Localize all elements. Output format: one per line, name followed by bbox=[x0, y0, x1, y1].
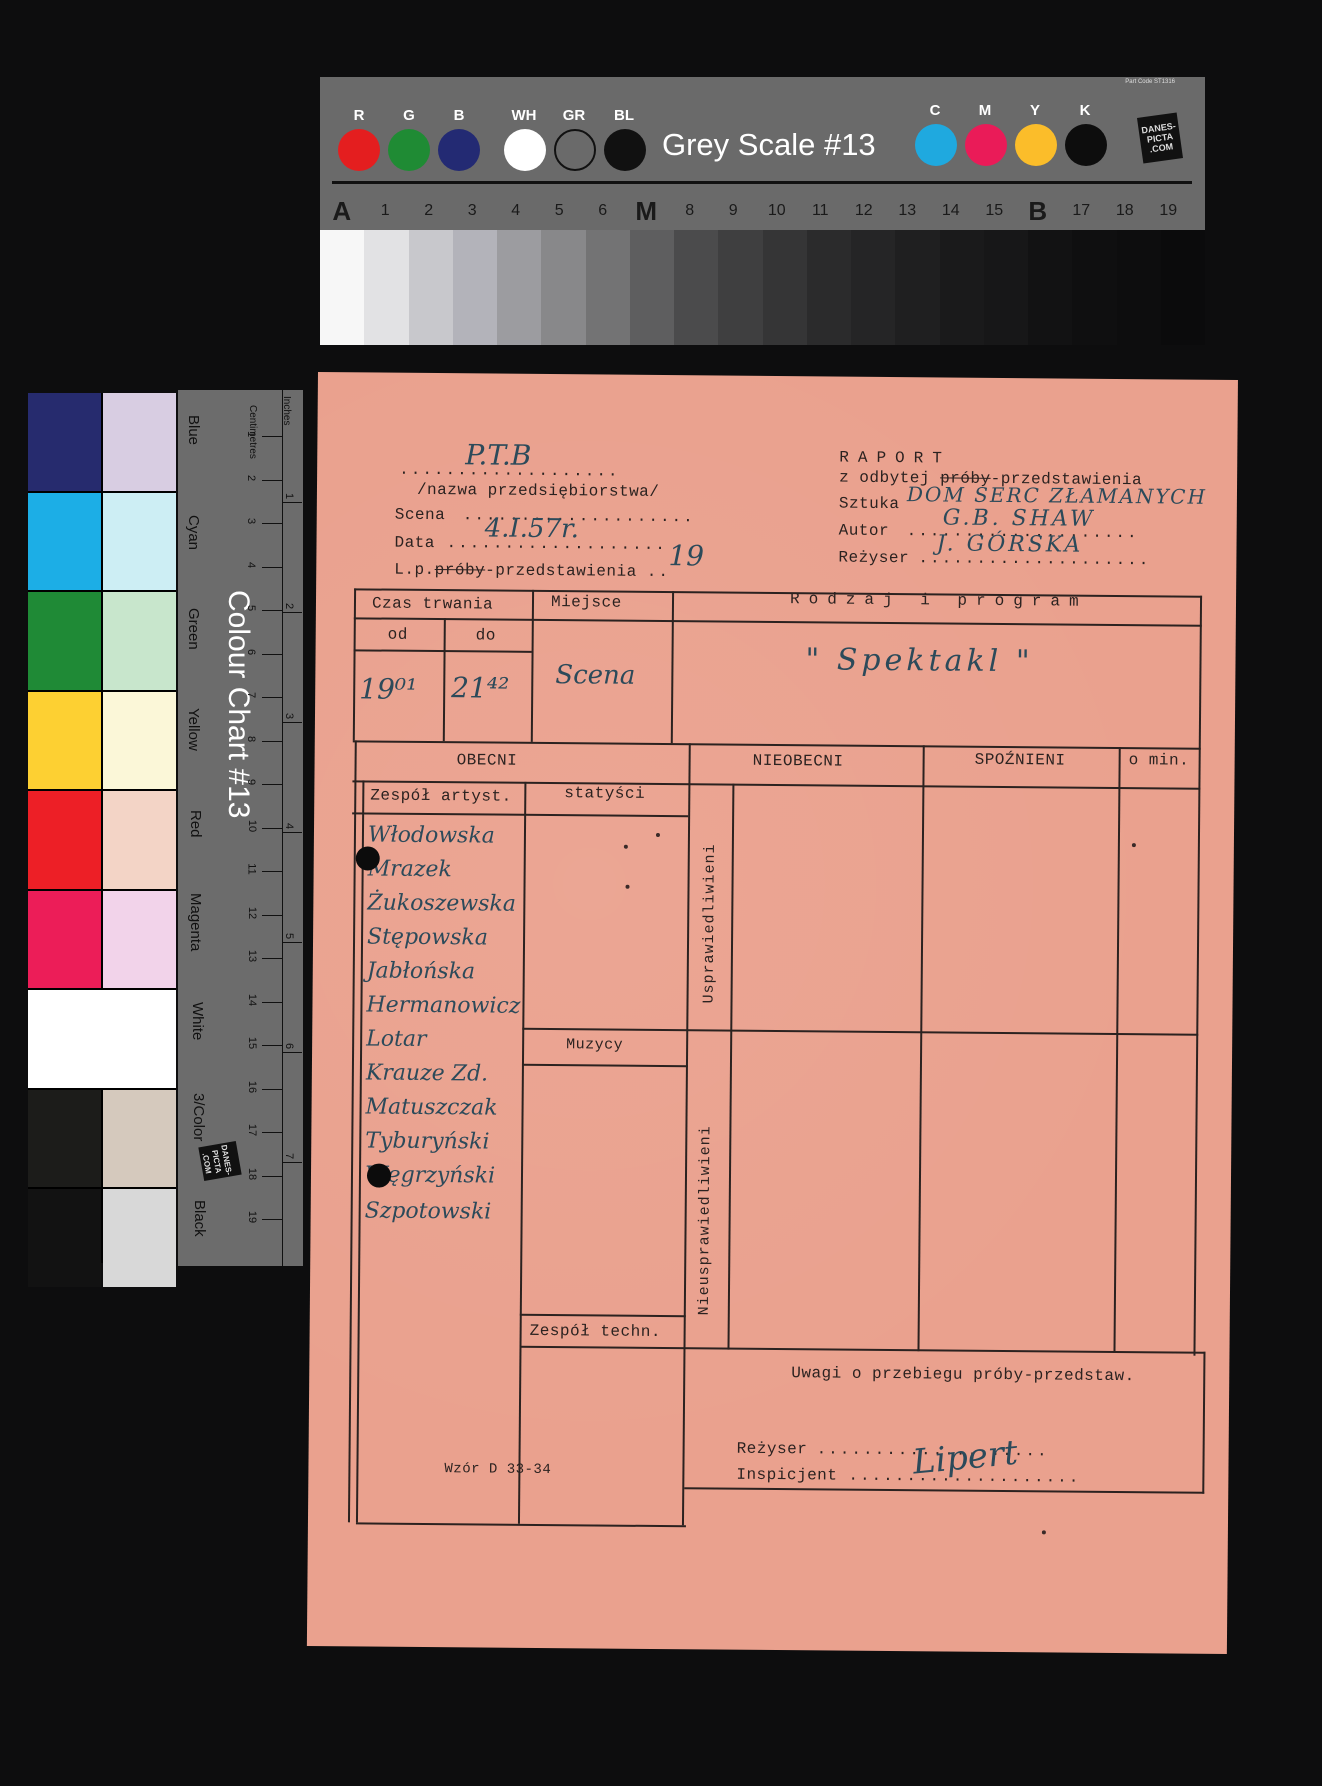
cm-tick bbox=[262, 523, 282, 524]
swatch-key-black bbox=[1065, 124, 1107, 166]
punch-hole bbox=[367, 1163, 391, 1187]
miejsce-value: Scena bbox=[555, 660, 635, 691]
cm-number: 19 bbox=[246, 1211, 258, 1223]
patch-label: Yellow bbox=[185, 708, 202, 751]
punch-hole bbox=[356, 846, 380, 870]
grey-step bbox=[940, 230, 984, 345]
footer-rezyser-label: Reżyser bbox=[737, 1440, 808, 1459]
colour-chart: Blue Cyan Green Yellow Red Magenta White… bbox=[28, 393, 303, 1263]
grey-step bbox=[364, 230, 408, 345]
grid-line bbox=[356, 780, 364, 1522]
lp-struck: próby bbox=[435, 561, 486, 579]
grid-line bbox=[353, 740, 1201, 749]
cm-tick bbox=[262, 1132, 282, 1133]
ink-speck bbox=[624, 845, 628, 849]
artist-name: Tyburyński bbox=[365, 1128, 489, 1154]
autor-label: Autor bbox=[839, 522, 890, 540]
company-caption: /nazwa przedsiębiorstwa/ bbox=[417, 481, 660, 501]
step-label: 2 bbox=[407, 202, 451, 220]
grey-step bbox=[497, 230, 541, 345]
grey-step bbox=[674, 230, 718, 345]
artist-name: Hermanowicz bbox=[366, 992, 520, 1018]
cm-number: 12 bbox=[246, 907, 258, 919]
inch-tick bbox=[282, 1162, 302, 1163]
patch-yellow-light bbox=[103, 692, 176, 790]
step-label: 11 bbox=[799, 202, 843, 220]
artist-name: Żukoszewska bbox=[367, 890, 516, 916]
cm-tick bbox=[262, 958, 282, 959]
grid-line bbox=[522, 1064, 688, 1067]
rodzaj-header: Rodzaj i program bbox=[790, 590, 1088, 611]
rodzaj-value: " Spektakl " bbox=[805, 642, 1033, 679]
patch-magenta-light bbox=[103, 891, 176, 989]
artist-name: Jabłońska bbox=[367, 958, 476, 984]
step-label: 3 bbox=[451, 202, 495, 220]
step-label: 14 bbox=[929, 202, 973, 220]
cm-number: 4 bbox=[245, 562, 257, 568]
czas-trwania-header: Czas trwania bbox=[372, 594, 493, 613]
cm-number: 14 bbox=[246, 994, 258, 1006]
cm-tick bbox=[262, 480, 282, 481]
patch-blue-light bbox=[103, 393, 176, 491]
grey-step bbox=[763, 230, 807, 345]
step-label: 9 bbox=[712, 202, 756, 220]
company-dots: ................... bbox=[399, 461, 620, 481]
cm-tick bbox=[262, 828, 282, 829]
swatch-label-m: M bbox=[965, 102, 1005, 119]
swatch-cyan bbox=[915, 124, 957, 166]
cm-tick bbox=[262, 654, 282, 655]
cm-number: 6 bbox=[245, 649, 257, 655]
patch-label: Red bbox=[187, 810, 204, 838]
artist-name: Mrazek bbox=[368, 856, 452, 882]
cm-number: 13 bbox=[246, 950, 258, 962]
chart-divider bbox=[332, 181, 1192, 184]
od-header: od bbox=[388, 626, 408, 644]
step-numbers: A 1 2 3 4 5 6 M 8 9 10 11 12 13 14 15 B … bbox=[320, 192, 1205, 230]
cm-number: 16 bbox=[246, 1081, 258, 1093]
patch-label: Black bbox=[191, 1200, 208, 1237]
artist-name: Matuszczak bbox=[365, 1094, 497, 1120]
rezyser-label: Reżyser bbox=[838, 549, 909, 568]
grey-step bbox=[1117, 230, 1161, 345]
inch-number: 6 bbox=[283, 1043, 295, 1049]
lp-value: 19 bbox=[668, 539, 704, 572]
usprawiedliwieni-label: Usprawiedliwieni bbox=[701, 843, 719, 1003]
inch-tick bbox=[282, 942, 302, 943]
grid-line bbox=[682, 743, 691, 1525]
patch-red-light bbox=[103, 791, 176, 889]
swatch-label-c: C bbox=[915, 102, 955, 119]
data-value: 4.I.57r. bbox=[485, 513, 580, 544]
do-value: 21⁴² bbox=[451, 671, 509, 705]
grey-step bbox=[320, 230, 364, 345]
lp-label: L.p.próby-przedstawienia .. bbox=[394, 561, 670, 581]
artist-name: Stępowska bbox=[367, 924, 488, 950]
patch-red-dark bbox=[28, 791, 101, 889]
cm-tick bbox=[262, 915, 282, 916]
grid-line bbox=[352, 812, 688, 817]
ruler: Blue Cyan Green Yellow Red Magenta White… bbox=[178, 390, 303, 1266]
rezyser-value: J. GÓRSKA bbox=[936, 531, 1083, 557]
swatch-white bbox=[504, 129, 546, 171]
inch-tick bbox=[282, 502, 302, 503]
step-label: B bbox=[1016, 196, 1060, 227]
grid-line bbox=[443, 618, 446, 741]
spoznieni-header: SPOŹNIENI bbox=[975, 751, 1066, 770]
footer-inspicjent-label: Inspicjent bbox=[736, 1466, 837, 1485]
miejsce-header: Miejsce bbox=[551, 593, 622, 612]
swatch-red bbox=[338, 129, 380, 171]
cm-tick bbox=[262, 741, 282, 742]
grid-line bbox=[917, 745, 924, 1351]
cm-tick bbox=[262, 1176, 282, 1177]
patch-label: Blue bbox=[185, 415, 202, 445]
grid-line bbox=[520, 1314, 686, 1317]
cm-number: 10 bbox=[246, 820, 258, 832]
grey-scale-chart: Part Code ST1316 R G B WH GR BL Grey Sca… bbox=[320, 77, 1205, 345]
artist-name: Włodowska bbox=[368, 822, 495, 848]
report-form: P.T.B ................... /nazwa przedsi… bbox=[307, 372, 1238, 1654]
swatch-label-wh: WH bbox=[504, 107, 544, 124]
step-label: A bbox=[320, 196, 364, 227]
swatch-label-gr: GR bbox=[554, 107, 594, 124]
cm-number: 5 bbox=[245, 605, 257, 611]
cm-number: 2 bbox=[245, 475, 257, 481]
artist-name: Szpotowski bbox=[365, 1198, 492, 1224]
patch-black-dark bbox=[28, 1189, 101, 1287]
patch-blue-dark bbox=[28, 393, 101, 491]
inch-tick bbox=[282, 1052, 302, 1053]
cm-number: 18 bbox=[246, 1168, 258, 1180]
cm-tick bbox=[262, 1089, 282, 1090]
patch-label: 3/Color bbox=[190, 1093, 207, 1141]
grey-step bbox=[1028, 230, 1072, 345]
swatch-label-k: K bbox=[1065, 102, 1105, 119]
cm-tick bbox=[262, 610, 282, 611]
swatch-label-y: Y bbox=[1015, 102, 1055, 119]
zespol-artyst-header: Zespół artyst. bbox=[370, 786, 512, 805]
do-header: do bbox=[476, 626, 496, 644]
inch-number: 1 bbox=[283, 493, 295, 499]
cm-tick bbox=[262, 784, 282, 785]
grid-line bbox=[671, 591, 674, 743]
nieobecni-header: NIEOBECNI bbox=[753, 752, 844, 771]
swatch-blue bbox=[438, 129, 480, 171]
grid-line bbox=[1202, 1352, 1205, 1494]
swatch-green bbox=[388, 129, 430, 171]
swatch-magenta bbox=[965, 124, 1007, 166]
patch-black-light bbox=[103, 1189, 176, 1287]
grid-line bbox=[519, 1346, 1205, 1354]
inch-number: 7 bbox=[283, 1153, 295, 1159]
cm-tick bbox=[262, 697, 282, 698]
danes-picta-logo: DANES-PICTA .COM bbox=[1137, 112, 1183, 163]
step-label: M bbox=[625, 196, 669, 227]
grey-step bbox=[984, 230, 1028, 345]
swatch-yellow bbox=[1015, 124, 1057, 166]
inch-number: 3 bbox=[283, 713, 295, 719]
step-label: 5 bbox=[538, 202, 582, 220]
cm-number: 3 bbox=[245, 518, 257, 524]
swatch-label-g: G bbox=[389, 107, 429, 124]
grey-scale-title: Grey Scale #13 bbox=[662, 127, 876, 163]
ink-speck bbox=[1132, 843, 1136, 847]
patch-label: Cyan bbox=[185, 515, 202, 550]
grey-step bbox=[630, 230, 674, 345]
patch-cyan-light bbox=[103, 493, 176, 591]
patch-green-light bbox=[103, 592, 176, 690]
cm-number: 9 bbox=[245, 779, 257, 785]
cm-tick bbox=[262, 436, 282, 437]
grey-step bbox=[1072, 230, 1116, 345]
grid-line bbox=[356, 1522, 686, 1527]
patch-label: Magenta bbox=[187, 893, 204, 951]
colour-patches bbox=[28, 393, 176, 1263]
ink-speck bbox=[1042, 1530, 1046, 1534]
artist-name: Krauze Zd. bbox=[366, 1060, 488, 1086]
patch-3color-light bbox=[103, 1090, 176, 1188]
grid-line bbox=[1113, 747, 1120, 1353]
swatch-label-r: R bbox=[339, 107, 379, 124]
cm-number: 8 bbox=[245, 736, 257, 742]
muzycy-header: Muzycy bbox=[566, 1036, 623, 1053]
o-min-header: o min. bbox=[1129, 751, 1190, 770]
part-code: Part Code ST1316 bbox=[1125, 79, 1175, 86]
patch-3color-dark bbox=[28, 1090, 101, 1188]
swatch-black bbox=[604, 129, 646, 171]
inch-tick bbox=[282, 832, 302, 833]
od-value: 19⁰¹ bbox=[359, 672, 417, 706]
form-code: Wzór D 33-34 bbox=[444, 1461, 551, 1478]
step-label: 12 bbox=[842, 202, 886, 220]
grey-step-strip bbox=[320, 230, 1205, 345]
step-label: 1 bbox=[364, 202, 408, 220]
grid-line bbox=[518, 782, 526, 1524]
lp-prefix: L.p. bbox=[394, 561, 435, 579]
grey-step bbox=[851, 230, 895, 345]
patch-white bbox=[28, 990, 176, 1088]
cm-tick bbox=[262, 1045, 282, 1046]
swatch-grey bbox=[554, 129, 596, 171]
report-title: RAPORT bbox=[839, 449, 951, 468]
grey-step bbox=[586, 230, 630, 345]
swatch-label-b: B bbox=[439, 107, 479, 124]
cm-number: 15 bbox=[246, 1037, 258, 1049]
patch-magenta-dark bbox=[28, 891, 101, 989]
obecni-header: OBECNI bbox=[457, 751, 518, 770]
cm-tick bbox=[262, 871, 282, 872]
step-label: 17 bbox=[1060, 202, 1104, 220]
grid-line bbox=[522, 1028, 1198, 1036]
inch-tick bbox=[282, 612, 302, 613]
grey-step bbox=[807, 230, 851, 345]
artist-name: Lotar bbox=[366, 1026, 427, 1052]
step-label: 10 bbox=[755, 202, 799, 220]
grey-step bbox=[895, 230, 939, 345]
patch-label: Green bbox=[185, 608, 202, 650]
cm-tick bbox=[262, 1219, 282, 1220]
step-label: 4 bbox=[494, 202, 538, 220]
ink-speck bbox=[626, 885, 630, 889]
grey-step bbox=[541, 230, 585, 345]
data-label: Data bbox=[394, 534, 435, 552]
inch-number: 2 bbox=[283, 603, 295, 609]
patch-green-dark bbox=[28, 592, 101, 690]
grid-line bbox=[531, 590, 534, 742]
grid-line bbox=[727, 784, 734, 1350]
cm-tick bbox=[262, 1002, 282, 1003]
patch-cyan-dark bbox=[28, 493, 101, 591]
scena-label: Scena bbox=[395, 506, 446, 524]
inch-tick bbox=[282, 722, 302, 723]
grey-step bbox=[1161, 230, 1205, 345]
grid-line bbox=[353, 588, 356, 740]
cm-number: 11 bbox=[246, 863, 258, 874]
step-label: 19 bbox=[1147, 202, 1191, 220]
step-label: 8 bbox=[668, 202, 712, 220]
cm-number: 17 bbox=[246, 1124, 258, 1136]
step-label: 13 bbox=[886, 202, 930, 220]
grey-step bbox=[409, 230, 453, 345]
ink-speck bbox=[656, 833, 660, 837]
grid-line bbox=[354, 617, 1202, 626]
step-label: 18 bbox=[1103, 202, 1147, 220]
uwagi-header: Uwagi o przebiegu próby-przedstaw. bbox=[791, 1364, 1135, 1385]
lp-dots: .. bbox=[647, 563, 670, 581]
step-label: 6 bbox=[581, 202, 625, 220]
cm-number: 7 bbox=[245, 692, 257, 698]
zespol-techn-header: Zespół techn. bbox=[530, 1322, 661, 1341]
grey-step bbox=[718, 230, 762, 345]
inch-number: 5 bbox=[283, 933, 295, 939]
grid-line bbox=[684, 1487, 1204, 1494]
danes-picta-logo: DANES-PICTA .COM bbox=[198, 1141, 241, 1181]
lp-rest: -przedstawienia bbox=[485, 561, 637, 580]
statysci-header: statyści bbox=[564, 784, 645, 803]
cm-number: 1 bbox=[245, 431, 257, 437]
grid-line bbox=[1193, 596, 1202, 1356]
swatch-label-bl: BL bbox=[604, 107, 644, 124]
sztuka-label: Sztuka bbox=[839, 495, 900, 514]
inch-number: 4 bbox=[283, 823, 295, 829]
patch-label: White bbox=[189, 1002, 206, 1040]
patch-yellow-dark bbox=[28, 692, 101, 790]
step-label: 15 bbox=[973, 202, 1017, 220]
grey-step bbox=[453, 230, 497, 345]
nieusprawiedliwieni-label: Nieusprawiedliwieni bbox=[696, 1125, 715, 1315]
autor-value: G.B. SHAW bbox=[943, 505, 1096, 531]
cm-tick bbox=[262, 567, 282, 568]
